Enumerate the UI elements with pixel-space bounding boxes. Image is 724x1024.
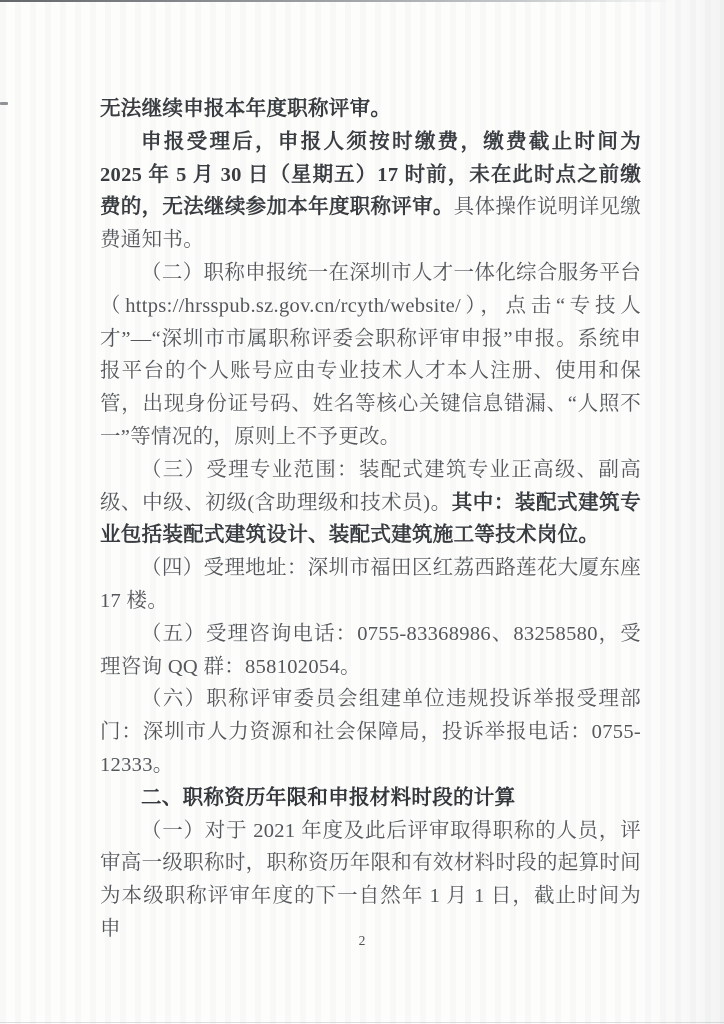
text-segment: （六）职称评审委员会组建单位违规投诉举报受理部门：深圳市人力资源和社会保障局，投… [100,688,641,776]
section-heading: 二、职称资历年限和申报材料时段的计算 [100,782,641,815]
text-segment: 二、职称资历年限和申报材料时段的计算 [141,787,515,809]
scanned-document-page: 无法继续申报本年度职称评审。申报受理后，申报人须按时缴费，缴费截止时间为 202… [0,0,724,1024]
scan-bottom-edge-line [0,1022,724,1023]
paragraph: （六）职称评审委员会组建单位违规投诉举报受理部门：深圳市人力资源和社会保障局，投… [100,683,641,781]
paragraph: （五）受理咨询电话：0755-83368986、83258580，受理咨询 QQ… [100,618,641,684]
paragraph: 无法继续申报本年度职称评审。 [100,93,641,126]
paragraph: （四）受理地址：深圳市福田区红荔西路莲花大厦东座 17 楼。 [100,552,641,618]
paragraph: 申报受理后，申报人须按时缴费，缴费截止时间为 2025 年 5 月 30 日（星… [100,126,641,257]
text-segment: （五）受理咨询电话：0755-83368986、83258580，受理咨询 QQ… [100,623,641,678]
page-number: 2 [0,933,724,949]
text-segment: （四）受理地址：深圳市福田区红荔西路莲花大厦东座 17 楼。 [100,557,641,612]
document-body: 无法继续申报本年度职称评审。申报受理后，申报人须按时缴费，缴费截止时间为 202… [100,93,641,946]
paragraph: （一）对于 2021 年度及此后评审取得职称的人员，评审高一级职称时，职称资历年… [100,815,641,946]
scan-left-edge-mark [0,102,8,105]
text-segment: （二）职称申报统一在深圳市人才一体化综合服务平台（https://hrsspub… [100,262,641,448]
scan-top-edge-line [0,0,724,2]
paragraph: （二）职称申报统一在深圳市人才一体化综合服务平台（https://hrsspub… [100,257,641,454]
text-segment: （一）对于 2021 年度及此后评审取得职称的人员，评审高一级职称时，职称资历年… [100,820,641,940]
scan-right-edge-shade [634,0,724,1024]
text-segment: 无法继续申报本年度职称评审。 [100,98,391,120]
paragraph: （三）受理专业范围：装配式建筑专业正高级、副高级、中级、初级(含助理级和技术员)… [100,454,641,552]
